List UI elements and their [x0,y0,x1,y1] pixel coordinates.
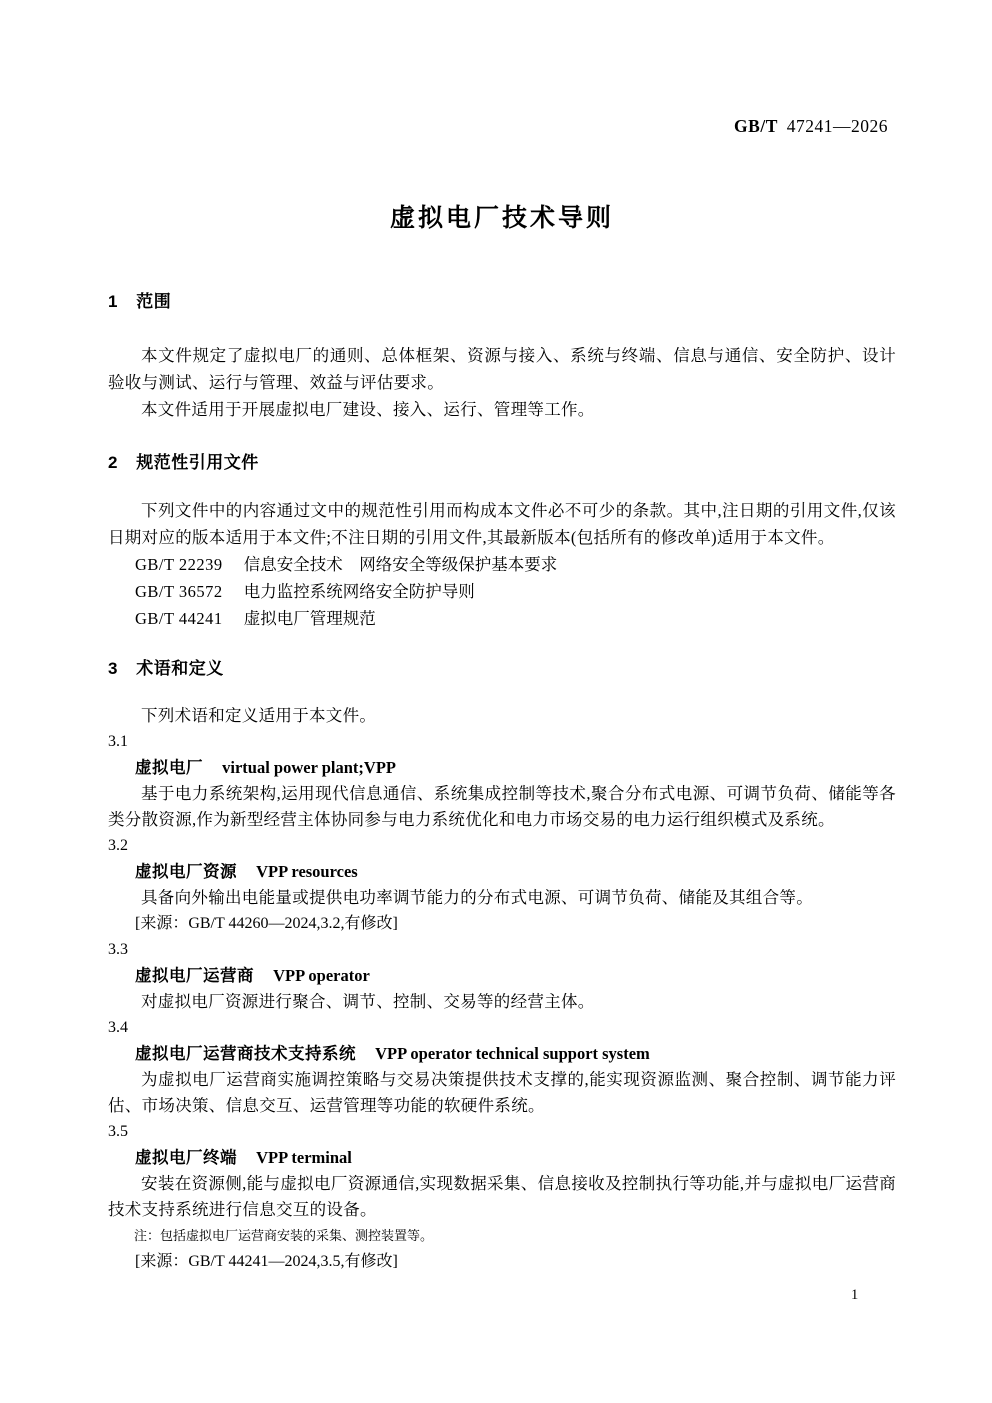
section-3-number: 3 [108,655,118,682]
term-en: VPP resources [256,862,358,881]
doc-code-prefix: GB/T [734,116,778,136]
reference-code: GB/T 36572 [135,582,223,601]
section-1-heading: 1 范围 [108,288,896,315]
term-heading: 虚拟电厂 virtual power plant;VPP [108,755,896,781]
section-1-number: 1 [108,288,118,315]
reference-code: GB/T 22239 [135,555,223,574]
term-en: VPP operator [273,966,370,985]
reference-item: GB/T 44241 虚拟电厂管理规范 [108,605,896,632]
paragraph: 下列文件中的内容通过文中的规范性引用而构成本文件必不可少的条款。其中,注日期的引… [108,497,896,551]
term-definition: 安装在资源侧,能与虚拟电厂资源通信,实现数据采集、信息接收及控制执行等功能,并与… [108,1171,896,1223]
terms-list: 3.1 虚拟电厂 virtual power plant;VPP 基于电力系统架… [108,729,896,1275]
term-zh: 虚拟电厂运营商技术支持系统 [135,1045,356,1063]
term-heading: 虚拟电厂终端 VPP terminal [108,1145,896,1171]
term-source: [来源：GB/T 44260—2024,3.2,有修改] [108,911,896,937]
section-1-body: 本文件规定了虚拟电厂的通则、总体框架、资源与接入、系统与终端、信息与通信、安全防… [108,342,896,423]
section-3-title: 术语和定义 [136,659,224,678]
doc-code: GB/T 47241—2026 [108,0,896,137]
page-content: GB/T 47241—2026 虚拟电厂技术导则 1 范围 本文件规定了虚拟电厂… [108,0,896,1275]
term-zh: 虚拟电厂终端 [135,1149,237,1167]
section-2-body: 下列文件中的内容通过文中的规范性引用而构成本文件必不可少的条款。其中,注日期的引… [108,497,896,632]
term-definition: 为虚拟电厂运营商实施调控策略与交易决策提供技术支撑的,能实现资源监测、聚合控制、… [108,1067,896,1119]
reference-item: GB/T 22239 信息安全技术 网络安全等级保护基本要求 [108,551,896,578]
terms-intro: 下列术语和定义适用于本文件。 [108,702,896,729]
term-en: VPP operator technical support system [375,1044,650,1063]
term-number: 3.4 [108,1015,896,1041]
section-3-heading: 3 术语和定义 [108,655,896,682]
term-heading: 虚拟电厂运营商 VPP operator [108,963,896,989]
paragraph: 本文件适用于开展虚拟电厂建设、接入、运行、管理等工作。 [108,396,896,423]
term-zh: 虚拟电厂 [135,759,203,777]
reference-item: GB/T 36572 电力监控系统网络安全防护导则 [108,578,896,605]
section-2-number: 2 [108,449,118,476]
document-page: GB/T 47241—2026 虚拟电厂技术导则 1 范围 本文件规定了虚拟电厂… [0,0,992,1403]
doc-title: 虚拟电厂技术导则 [108,200,896,236]
term-heading: 虚拟电厂运营商技术支持系统 VPP operator technical sup… [108,1041,896,1067]
term-heading: 虚拟电厂资源 VPP resources [108,859,896,885]
page-number: 1 [851,1286,858,1304]
term-en: virtual power plant;VPP [222,758,396,777]
reference-title: 电力监控系统网络安全防护导则 [244,582,475,601]
reference-code: GB/T 44241 [135,609,223,628]
term-definition: 基于电力系统架构,运用现代信息通信、系统集成控制等技术,聚合分布式电源、可调节负… [108,781,896,833]
term-number: 3.1 [108,729,896,755]
paragraph: 本文件规定了虚拟电厂的通则、总体框架、资源与接入、系统与终端、信息与通信、安全防… [108,342,896,396]
term-number: 3.5 [108,1119,896,1145]
reference-title: 虚拟电厂管理规范 [244,609,376,628]
term-definition: 对虚拟电厂资源进行聚合、调节、控制、交易等的经营主体。 [108,989,896,1015]
section-1-title: 范围 [136,292,171,311]
section-2-heading: 2 规范性引用文件 [108,449,896,476]
term-definition: 具备向外输出电能量或提供电功率调节能力的分布式电源、可调节负荷、储能及其组合等。 [108,885,896,911]
term-note: 注：包括虚拟电厂运营商安装的采集、测控装置等。 [108,1223,896,1249]
term-zh: 虚拟电厂资源 [135,863,237,881]
term-source: [来源：GB/T 44241—2024,3.5,有修改] [108,1249,896,1275]
term-en: VPP terminal [256,1148,352,1167]
term-number: 3.3 [108,937,896,963]
doc-code-number: 47241—2026 [787,116,888,136]
reference-title: 信息安全技术 网络安全等级保护基本要求 [244,555,558,574]
term-number: 3.2 [108,833,896,859]
section-2-title: 规范性引用文件 [136,453,259,472]
term-zh: 虚拟电厂运营商 [135,967,254,985]
